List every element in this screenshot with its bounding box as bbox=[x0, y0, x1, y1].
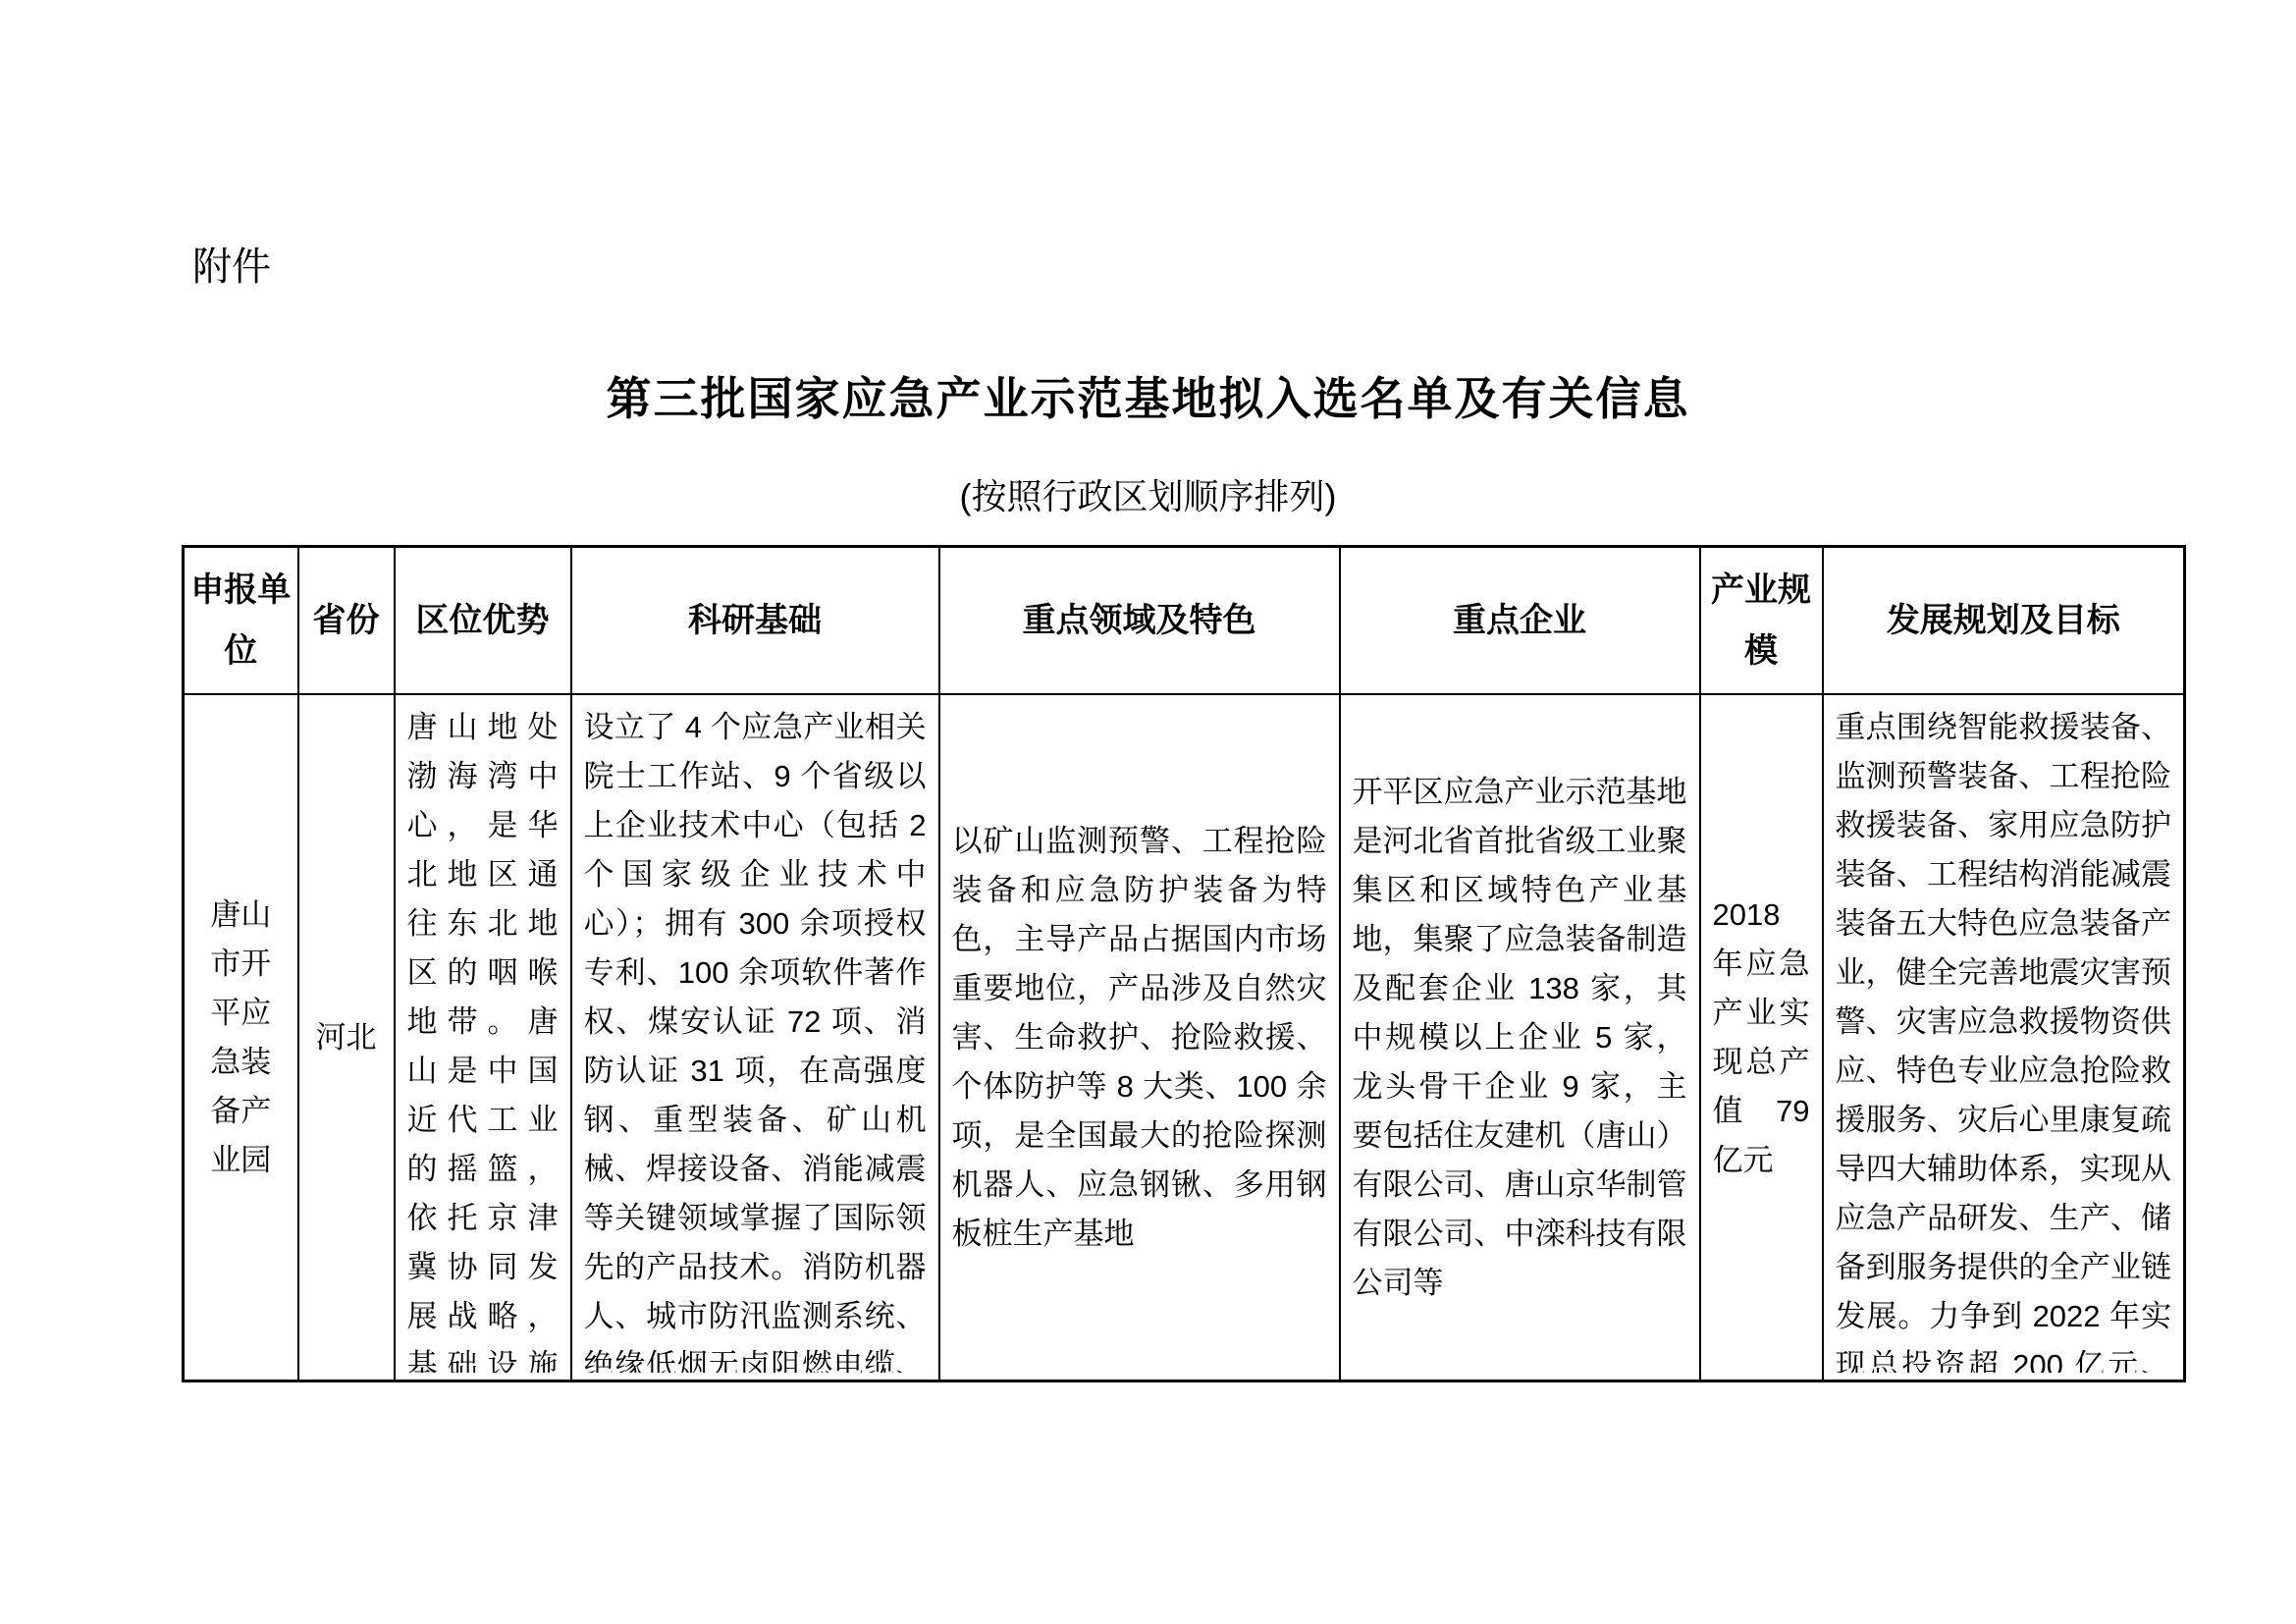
col-header-province: 省份 bbox=[298, 547, 395, 695]
attachment-label: 附件 bbox=[192, 236, 271, 292]
page-subtitle: (按照行政区划顺序排列) bbox=[0, 469, 2296, 519]
cell-province: 河北 bbox=[298, 694, 395, 1381]
key-enterprises-text: 开平区应急产业示范基地是河北省首批省级工业聚集区和区域特色产业基地，集聚了应急装… bbox=[1353, 768, 1687, 1308]
document-page: { "document": { "attachment_label": "附件"… bbox=[0, 0, 2296, 1624]
cell-key-fields: 以矿山监测预警、工程抢险装备和应急防护装备为特色，主导产品占据国内市场重要地位，… bbox=[939, 694, 1340, 1381]
table-header-row: 申报单位 省份 区位优势 科研基础 重点领域及特色 重点企业 产业规模 发展规划… bbox=[184, 547, 2185, 695]
cell-industry-scale: 2018 年应急产业实现总产值 79 亿元 bbox=[1700, 694, 1823, 1381]
col-header-location-advantage: 区位优势 bbox=[395, 547, 571, 695]
demonstration-base-table: 申报单位 省份 区位优势 科研基础 重点领域及特色 重点企业 产业规模 发展规划… bbox=[182, 545, 2186, 1382]
development-plan-text: 重点围绕智能救援装备、监测预警装备、工程抢险救援装备、家用应急防护装备、工程结构… bbox=[1836, 695, 2172, 1373]
cell-research-foundation: 设立了 4 个应急产业相关院士工作站、9 个省级以上企业技术中心（包括 2 个国… bbox=[571, 694, 939, 1381]
page-title: 第三批国家应急产业示范基地拟入选名单及有关信息 bbox=[0, 363, 2296, 428]
col-header-declaring-unit: 申报单位 bbox=[184, 547, 298, 695]
col-header-industry-scale: 产业规模 bbox=[1700, 547, 1823, 695]
cell-key-enterprises: 开平区应急产业示范基地是河北省首批省级工业聚集区和区域特色产业基地，集聚了应急装… bbox=[1340, 694, 1700, 1381]
cell-declaring-unit: 唐山市开平应急装备产业园 bbox=[184, 694, 298, 1381]
col-header-research-foundation: 科研基础 bbox=[571, 547, 939, 695]
province-text: 河北 bbox=[311, 1013, 382, 1062]
research-foundation-text: 设立了 4 个应急产业相关院士工作站、9 个省级以上企业技术中心（包括 2 个国… bbox=[584, 695, 927, 1373]
col-header-key-enterprises: 重点企业 bbox=[1340, 547, 1700, 695]
cell-location-advantage: 唐山地处渤海湾中心，是华北地区通往东北地区的咽喉地带。唐山是中国近代工业的摇篮，… bbox=[395, 694, 571, 1381]
table-row: 唐山市开平应急装备产业园 河北 唐山地处渤海湾中心，是华北地区通往东北地区的咽喉… bbox=[184, 694, 2185, 1381]
declaring-unit-text: 唐山市开平应急装备产业园 bbox=[200, 891, 282, 1185]
col-header-development-plan: 发展规划及目标 bbox=[1823, 547, 2185, 695]
location-advantage-text: 唐山地处渤海湾中心，是华北地区通往东北地区的咽喉地带。唐山是中国近代工业的摇篮，… bbox=[407, 695, 559, 1373]
col-header-key-fields: 重点领域及特色 bbox=[939, 547, 1340, 695]
key-fields-text: 以矿山监测预警、工程抢险装备和应急防护装备为特色，主导产品占据国内市场重要地位，… bbox=[952, 817, 1327, 1259]
cell-development-plan: 重点围绕智能救援装备、监测预警装备、工程抢险救援装备、家用应急防护装备、工程结构… bbox=[1823, 694, 2185, 1381]
industry-scale-text: 2018 年应急产业实现总产值 79 亿元 bbox=[1713, 891, 1810, 1185]
